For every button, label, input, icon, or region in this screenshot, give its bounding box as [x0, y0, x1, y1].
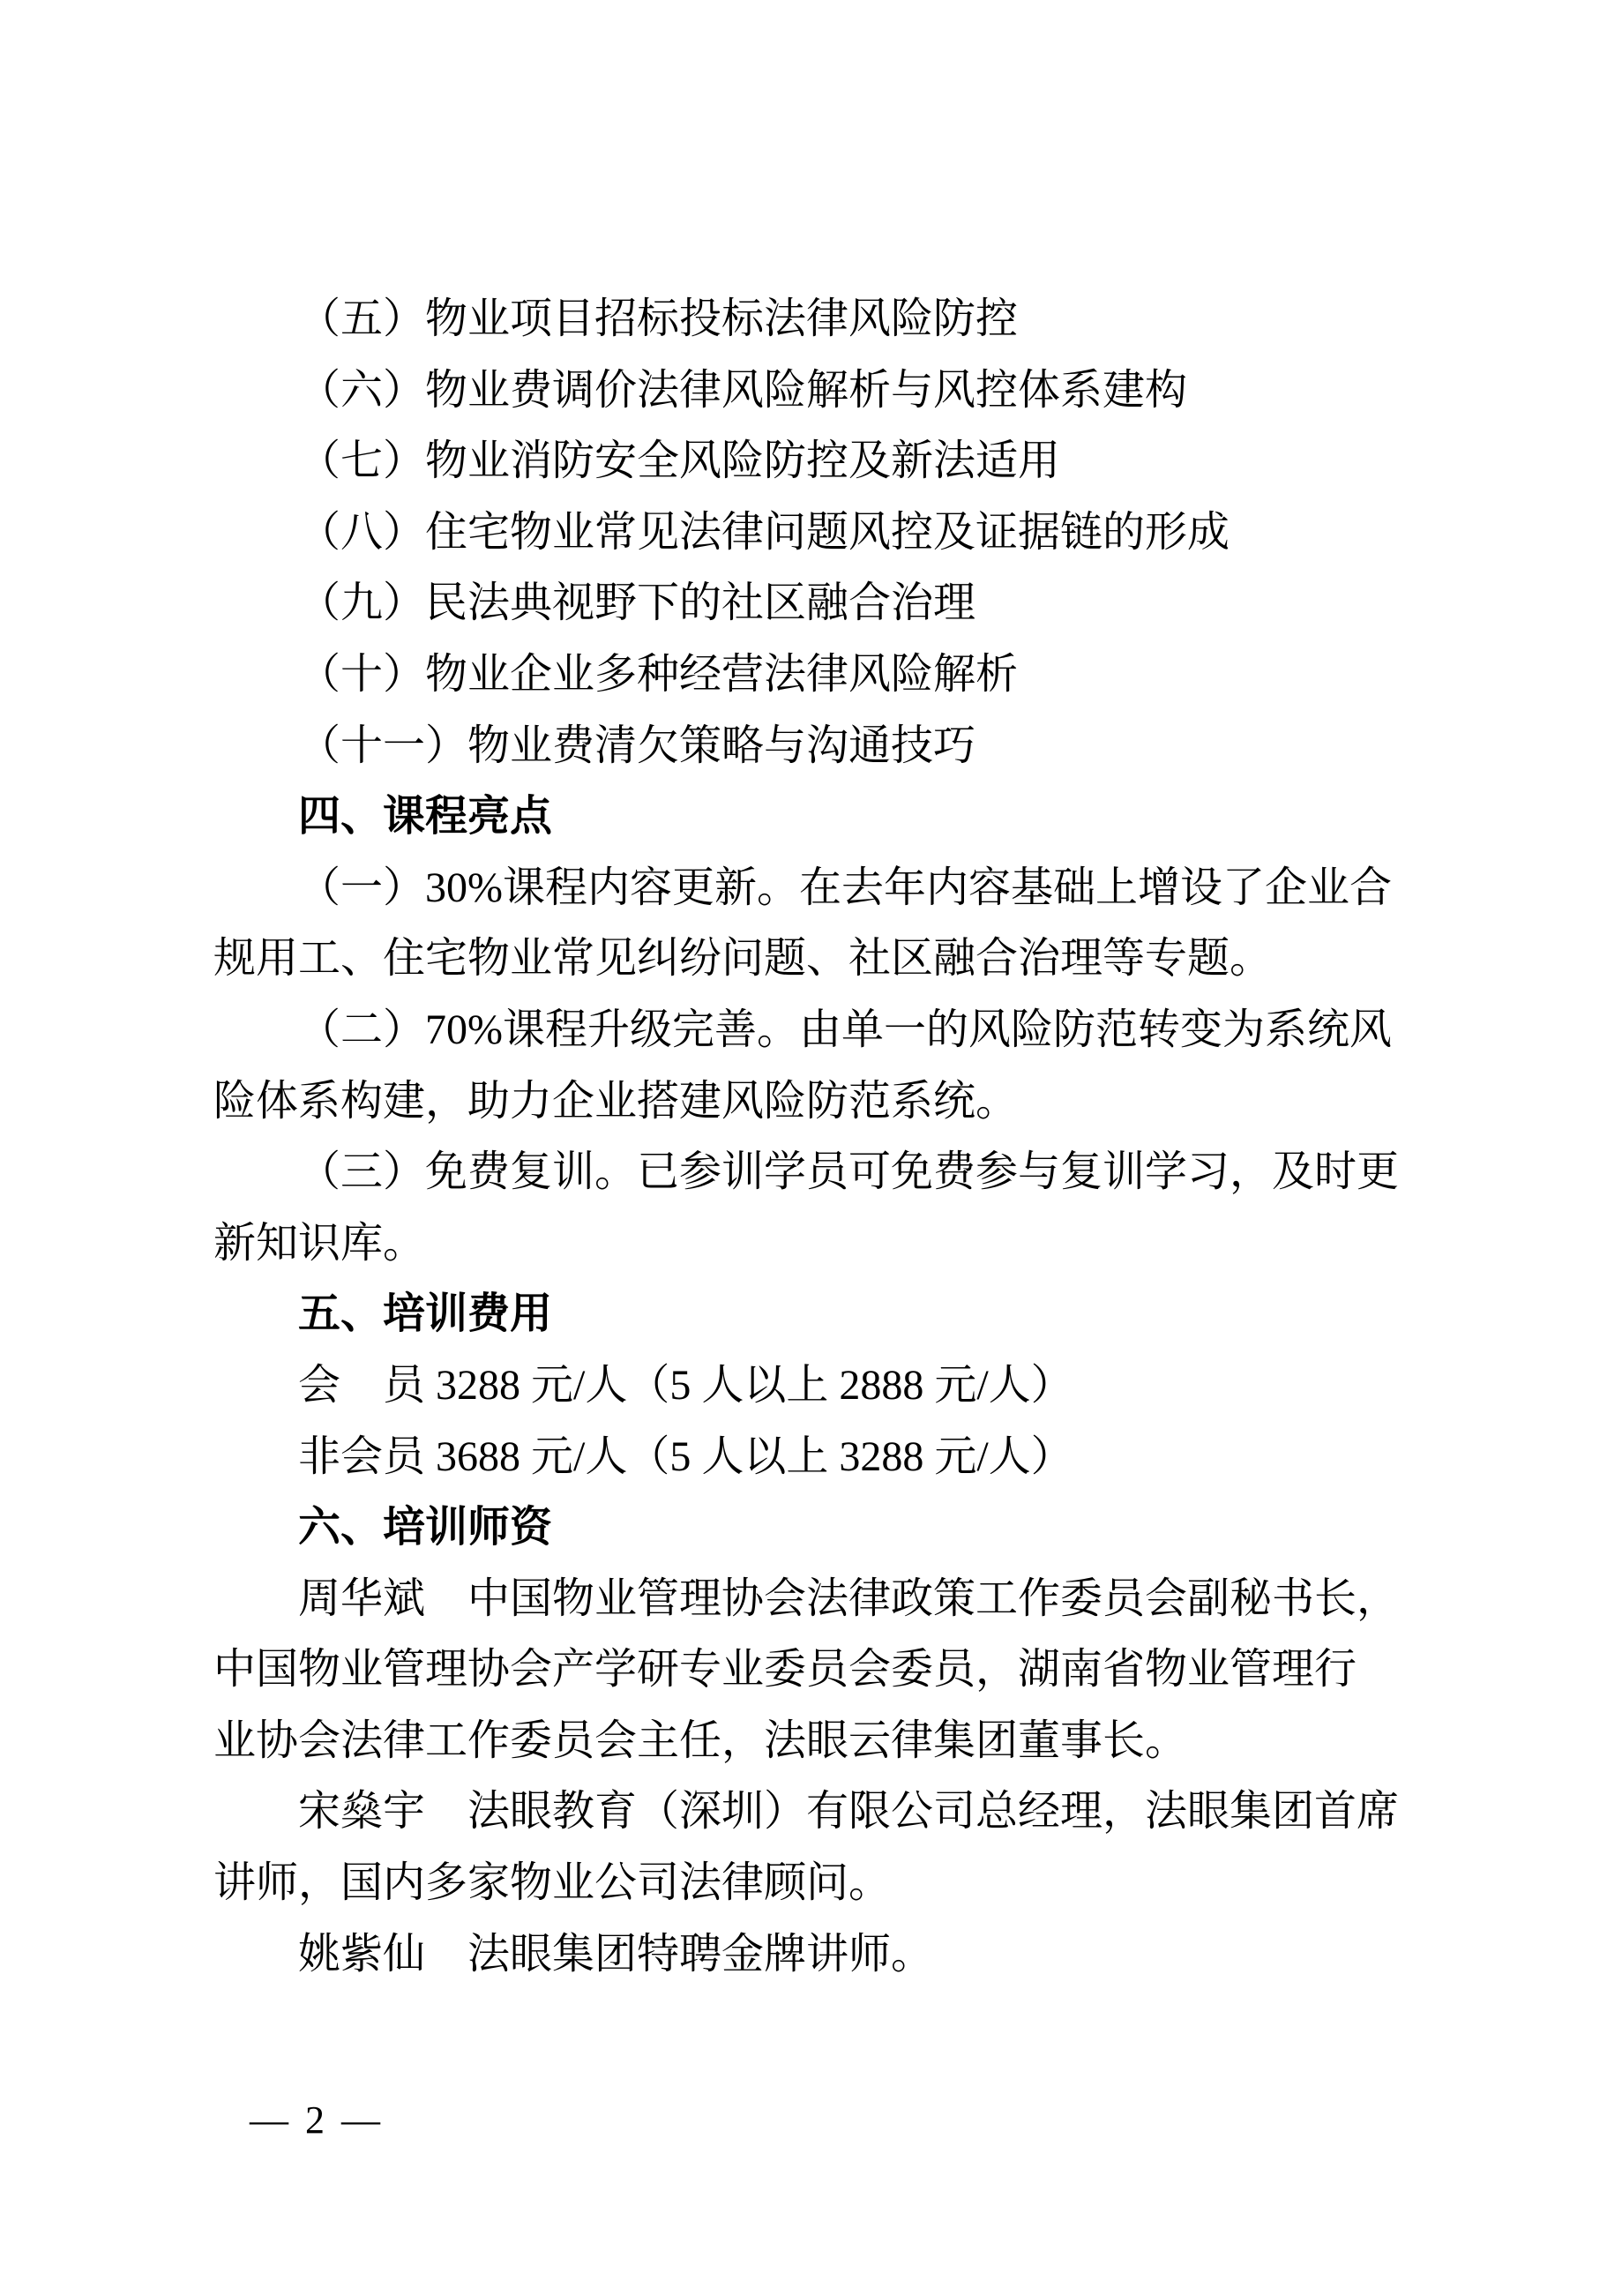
course-outline-item-10: （十）物业企业多种经营法律风险解析: [213, 639, 1406, 711]
course-outline-item-9: （九）民法典视野下的社区融合治理: [213, 568, 1406, 639]
document-body: （五）物业项目招标投标法律风险防控 （六）物业费调价法律风险解析与风控体系建构 …: [213, 284, 1406, 1990]
fee-line-member: 会 员 3288 元/人（5 人以上 2888 元/人）: [213, 1350, 1406, 1422]
page-number: — 2 —: [250, 2098, 384, 2143]
document-page: （五）物业项目招标投标法律风险防控 （六）物业费调价法律风险解析与风控体系建构 …: [0, 0, 1622, 2296]
teacher-paragraph-zhouhuabin: 周华斌 中国物业管理协会法律政策工作委员会副秘书长， 中国物业管理协会产学研专业…: [213, 1564, 1406, 1777]
highlight-paragraph-1: （一）30%课程内容更新。在去年内容基础上增设了企业合 规用工、住宅物业常见纠纷…: [213, 853, 1406, 995]
teacher-paragraph-yaozixian: 姚紫仙 法眼集团特聘金牌讲师。: [213, 1919, 1406, 1991]
course-outline-item-7: （七）物业消防安全风险防控及新法适用: [213, 426, 1406, 497]
course-outline-item-8: （八）住宅物业常见法律问题风控及证据链的形成: [213, 497, 1406, 569]
course-outline-item-5: （五）物业项目招标投标法律风险防控: [213, 284, 1406, 355]
section-heading-training-fees: 五、培训费用: [213, 1279, 1406, 1350]
teacher-paragraph-songshenyu: 宋燊宇 法眼教育（深圳）有限公司总经理，法眼集团首席 讲师，国内多家物业公司法律…: [213, 1776, 1406, 1918]
highlight-paragraph-3: （三）免费复训。已参训学员可免费参与复训学习，及时更 新知识库。: [213, 1137, 1406, 1279]
fee-line-non-member: 非会员 3688 元/人（5 人以上 3288 元/人）: [213, 1422, 1406, 1493]
course-outline-item-6: （六）物业费调价法律风险解析与风控体系建构: [213, 355, 1406, 427]
section-heading-course-highlights: 四、课程亮点: [213, 782, 1406, 853]
course-outline-item-11: （十一）物业费清欠策略与沟通技巧: [213, 711, 1406, 782]
highlight-paragraph-2: （二）70%课程升级完善。由单一的风险防范转变为系统风 险体系构建，助力企业搭建…: [213, 995, 1406, 1137]
section-heading-training-faculty: 六、培训师资: [213, 1492, 1406, 1564]
